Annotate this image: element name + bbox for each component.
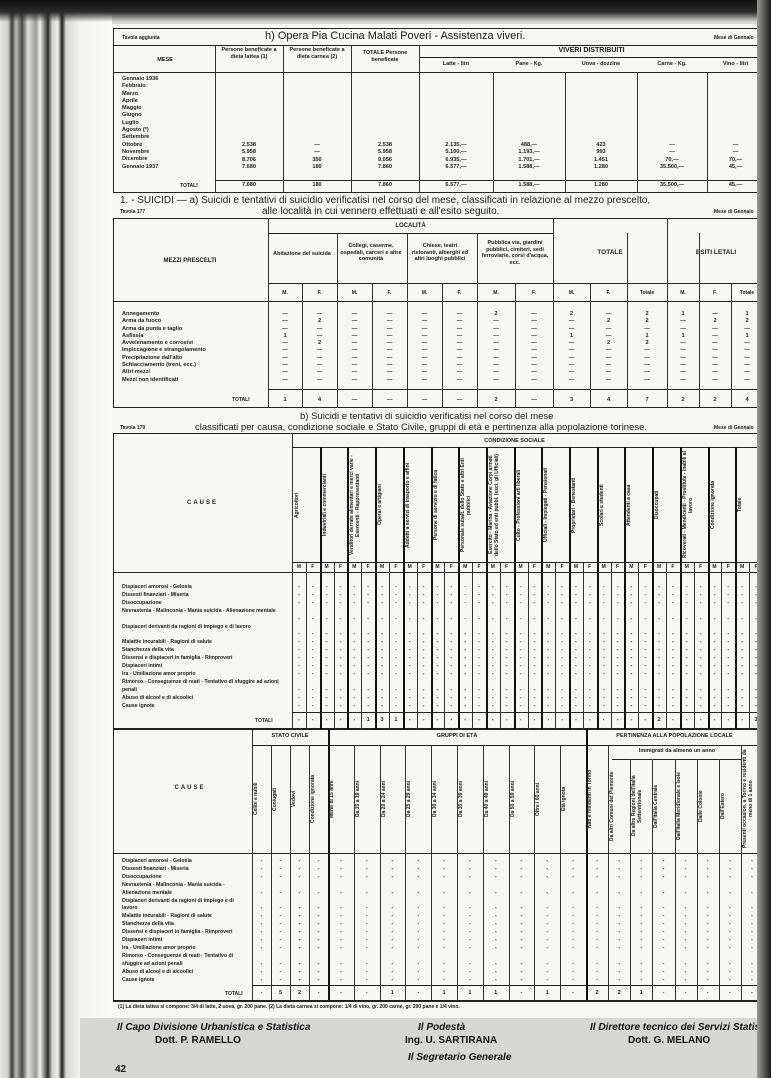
cell: - (403, 616, 417, 623)
total-cell: - (347, 717, 361, 724)
cell: - (320, 655, 334, 662)
cell: — (667, 369, 699, 376)
cell: - (624, 639, 638, 646)
cell: - (608, 937, 630, 944)
cell: - (458, 647, 472, 654)
cell: - (735, 592, 749, 599)
column-header: Da 40 a 49 anni (484, 748, 508, 850)
cell: - (534, 866, 560, 873)
cell: - (431, 703, 445, 710)
value-column: ———1—————— (268, 311, 302, 384)
cell: — (699, 347, 731, 354)
cell: — (515, 326, 553, 333)
cell: - (721, 600, 735, 607)
total-cell: 35.500,— (638, 182, 706, 189)
rule (292, 447, 763, 448)
cell: - (306, 703, 320, 710)
cell: - (534, 977, 560, 984)
cell: - (290, 890, 309, 897)
cell: - (560, 905, 586, 912)
cell: - (611, 647, 625, 654)
cell: - (405, 921, 431, 928)
cell: - (457, 866, 483, 873)
table-h-tavola: Tavola aggiunta (122, 35, 160, 41)
value-column: —2——2————— (590, 311, 627, 384)
cell: - (597, 695, 611, 702)
cell: - (380, 890, 406, 897)
value-column: 22—12————— (627, 311, 667, 384)
cell: - (652, 977, 674, 984)
cell: — (553, 355, 590, 362)
cell: - (483, 969, 509, 976)
cell: - (328, 945, 354, 952)
cell: — (302, 333, 337, 340)
cell: - (652, 913, 674, 920)
rule (113, 301, 763, 302)
cell: - (608, 905, 630, 912)
cell: - (486, 687, 500, 694)
cell: — (337, 347, 372, 354)
cell: - (528, 647, 542, 654)
cell: 1.451 (566, 157, 636, 164)
cell: — (372, 347, 407, 354)
cell: - (354, 913, 380, 920)
cell: - (334, 600, 348, 607)
month-row: Gennaio 1937 (122, 164, 214, 171)
cell: - (719, 905, 741, 912)
rule (707, 72, 708, 193)
cell: - (444, 663, 458, 670)
cell: - (611, 663, 625, 670)
cell: - (675, 961, 697, 968)
cell: - (534, 945, 560, 952)
cause-list-179b: Dispiaceri amorosi - Gelosia Dissesti fi… (122, 858, 250, 984)
cell: - (375, 647, 389, 654)
header-stato-civile: STATO CIVILE (252, 733, 328, 740)
month-row: Settembre (122, 134, 214, 141)
cell: - (675, 858, 697, 865)
cell: - (611, 687, 625, 694)
total-cell: - (721, 717, 735, 724)
signature-left-name: Dott. P. RAMELLO (155, 1035, 241, 1046)
cell: - (458, 592, 472, 599)
cell: - (675, 977, 697, 984)
cell: - (347, 663, 361, 670)
cell: - (666, 616, 680, 623)
cell: — (515, 340, 553, 347)
cell: - (509, 945, 535, 952)
cell: - (306, 639, 320, 646)
cell: 2 (627, 311, 667, 318)
cell: - (431, 592, 445, 599)
cell: - (405, 905, 431, 912)
cell: - (708, 584, 722, 591)
cell: - (309, 937, 328, 944)
column-header: Coniugati (272, 748, 289, 850)
cell: - (252, 905, 271, 912)
cell: — (372, 355, 407, 362)
cell: - (486, 616, 500, 623)
total-cell: - (309, 990, 328, 997)
cell: - (555, 687, 569, 694)
cell: - (431, 600, 445, 607)
cell: — (699, 362, 731, 369)
cell: - (597, 647, 611, 654)
cell: — (638, 142, 706, 149)
rule (637, 72, 638, 193)
page-number: 42 (115, 1064, 126, 1075)
cell: - (290, 945, 309, 952)
cell: - (652, 592, 666, 599)
cell: - (611, 671, 625, 678)
cell: - (361, 695, 375, 702)
cause-row: Dispiaceri derivanti da ragioni di impie… (122, 898, 250, 914)
cell: — (372, 369, 407, 376)
total-cell: 7.860 (352, 182, 418, 189)
cell: - (694, 695, 708, 702)
cell: - (666, 703, 680, 710)
cause-row: Dissesti finanziari - Miseria (122, 592, 290, 600)
cell: - (292, 631, 306, 638)
total-cell: 1 (389, 717, 403, 724)
cell: - (486, 695, 500, 702)
cell: - (708, 647, 722, 654)
cell: - (431, 671, 445, 678)
cell: - (514, 695, 528, 702)
sex-header: F. (699, 290, 731, 296)
cell: - (666, 592, 680, 599)
cell: - (534, 921, 560, 928)
cell: 5.958 (352, 149, 418, 156)
cell: — (667, 340, 699, 347)
cell: - (541, 687, 555, 694)
sex-header: F. (590, 290, 627, 296)
cell: 1.280 (566, 164, 636, 171)
cell: - (528, 703, 542, 710)
cell: — (442, 369, 477, 376)
month-row: Agosto (*) (122, 127, 214, 134)
sex-header: M (652, 564, 666, 570)
cell: - (361, 687, 375, 694)
cell: - (652, 921, 674, 928)
column-header: Da 15 a 19 anni (355, 748, 379, 850)
cell: - (675, 945, 697, 952)
cell: - (405, 890, 431, 897)
cell: - (528, 695, 542, 702)
cell: - (431, 584, 445, 591)
cell: - (500, 639, 514, 646)
cell: - (292, 592, 306, 599)
cell: - (675, 890, 697, 897)
cell: - (444, 639, 458, 646)
month-row: Maggio (122, 105, 214, 112)
cell: - (457, 858, 483, 865)
cell: — (407, 369, 442, 376)
cause-row: Disoccupazione (122, 874, 250, 882)
cell: - (569, 663, 583, 670)
cell: 1 (268, 333, 302, 340)
cell: - (354, 937, 380, 944)
cell: 1.588,— (494, 164, 564, 171)
cell: - (652, 905, 674, 912)
total-cell: - (708, 717, 722, 724)
cell: - (569, 703, 583, 710)
rule (113, 45, 763, 46)
cell: - (514, 671, 528, 678)
footnote: (1) La dieta lattea si compone: 3/4 di l… (118, 1004, 460, 1010)
cell: - (583, 592, 597, 599)
cell: - (483, 929, 509, 936)
cell: - (472, 695, 486, 702)
cell: - (624, 631, 638, 638)
cell: - (347, 600, 361, 607)
cell: - (586, 937, 608, 944)
cell: - (560, 937, 586, 944)
cell: 423 (566, 142, 636, 149)
cell: - (328, 866, 354, 873)
cell: - (486, 703, 500, 710)
cell: - (431, 905, 457, 912)
cell: — (627, 347, 667, 354)
cell: - (417, 631, 431, 638)
cause-row: Cause ignote (122, 703, 290, 711)
cell: - (569, 655, 583, 662)
cell: — (337, 377, 372, 384)
cell: - (555, 703, 569, 710)
total-cell: - (697, 990, 719, 997)
cell: - (735, 703, 749, 710)
rule (113, 853, 763, 854)
sex-header: M (375, 564, 389, 570)
cell: - (361, 671, 375, 678)
cell: - (528, 592, 542, 599)
cell: - (347, 639, 361, 646)
total-cell: 4 (590, 397, 627, 404)
cell: - (361, 647, 375, 654)
cell: - (719, 945, 741, 952)
cell: - (500, 647, 514, 654)
cell: - (680, 600, 694, 607)
cell: - (569, 616, 583, 623)
cell: - (534, 890, 560, 897)
total-cell: 3 (553, 397, 590, 404)
cell: - (735, 639, 749, 646)
cell: - (652, 647, 666, 654)
condizione-header: Venditori derrate alimentari e merci var… (349, 450, 373, 560)
cell: - (252, 945, 271, 952)
cell: - (583, 584, 597, 591)
header-dieta-carnea: Persone beneficate a dieta carnea (2) (284, 47, 350, 60)
column-header: Età ignota (561, 748, 585, 850)
sex-header: F (638, 564, 652, 570)
cell: - (403, 663, 417, 670)
cell: - (271, 945, 290, 952)
cell: - (509, 921, 535, 928)
table-h-mese-label: Mese di Gennaio (714, 35, 754, 41)
cell: - (630, 874, 652, 881)
rule (113, 1000, 763, 1002)
cell: - (252, 913, 271, 920)
cell: - (624, 687, 638, 694)
cause-row: Dissensi e dispiaceri in famiglia - Rimp… (122, 929, 250, 937)
total-cell: 4 (302, 397, 337, 404)
cell: 2 (553, 311, 590, 318)
header-collegi: Collegi, caserme, ospedali, carceri e al… (340, 243, 402, 263)
cell: - (666, 655, 680, 662)
totali-label: TOTALI (225, 991, 243, 997)
cell: - (697, 890, 719, 897)
condizione-header: Esercito - Marina - Aviazione Corpi arma… (488, 450, 512, 560)
cell: — (337, 318, 372, 325)
cell: - (721, 616, 735, 623)
cell: — (407, 318, 442, 325)
header-condizione-sociale: CONDIZIONE SOCIALE (292, 438, 737, 445)
cell: — (337, 326, 372, 333)
cell: - (555, 600, 569, 607)
cell: — (268, 362, 302, 369)
cell: - (597, 671, 611, 678)
cell: - (611, 616, 625, 623)
cell: - (483, 921, 509, 928)
cell: - (583, 600, 597, 607)
cell: 70,— (638, 157, 706, 164)
total-cell: - (597, 717, 611, 724)
cell: - (328, 969, 354, 976)
cause-row: Dispiaceri derivanti da ragioni di impie… (122, 624, 290, 640)
cell: - (380, 905, 406, 912)
cell: — (667, 362, 699, 369)
cell: - (290, 913, 309, 920)
cell: - (431, 937, 457, 944)
cell: - (290, 929, 309, 936)
cell: — (515, 311, 553, 318)
mezzo-row: Mezzi non identificati (122, 377, 267, 384)
header-pane: Pane - Kg. (494, 61, 564, 68)
cell: - (431, 695, 445, 702)
header-localita: LOCALITÀ (268, 223, 553, 230)
total-cell: 1 (630, 990, 652, 997)
cell: - (320, 639, 334, 646)
cell: - (271, 921, 290, 928)
cell: - (528, 616, 542, 623)
cell: - (290, 937, 309, 944)
cell: - (375, 663, 389, 670)
total-cell: - (334, 717, 348, 724)
cell: - (735, 687, 749, 694)
cell: — (477, 333, 515, 340)
cell: — (442, 340, 477, 347)
cell: - (458, 655, 472, 662)
cell: — (699, 355, 731, 362)
cell: - (361, 592, 375, 599)
cell: 1 (667, 333, 699, 340)
cell: - (389, 647, 403, 654)
rule (252, 745, 763, 746)
cell: - (586, 913, 608, 920)
cell: - (528, 639, 542, 646)
sex-header: F (694, 564, 708, 570)
cell: - (271, 929, 290, 936)
table-h-title: h) Opera Pia Cucina Malati Poveri - Assi… (265, 30, 525, 43)
cell: - (347, 655, 361, 662)
cell: - (666, 631, 680, 638)
total-cell: - (680, 717, 694, 724)
cell: - (380, 937, 406, 944)
cell: - (652, 937, 674, 944)
cell: - (290, 905, 309, 912)
sex-header: M (486, 564, 500, 570)
cell: - (675, 874, 697, 881)
cell: - (652, 655, 666, 662)
cell: - (500, 655, 514, 662)
condizione-header: Addetti a servizi di trasporto e affini (405, 450, 429, 560)
sex-header: F (721, 564, 735, 570)
mezzi-list: Annegamento Arma da fuoco Arma da punta … (122, 311, 267, 384)
cell: — (590, 333, 627, 340)
cell: - (586, 969, 608, 976)
cause-row: Dispiaceri intimi (122, 937, 250, 945)
cell: - (638, 616, 652, 623)
cell: - (290, 969, 309, 976)
total-cell: 2 (608, 990, 630, 997)
cell: - (354, 890, 380, 897)
cell: — (407, 377, 442, 384)
cell: - (472, 600, 486, 607)
col-lattea: 2.538 5.958 8.706 7.680 (216, 142, 282, 171)
cell: - (560, 969, 586, 976)
cell: - (347, 671, 361, 678)
header-cause: CAUSE (115, 500, 290, 507)
cell: — (553, 318, 590, 325)
cell: - (735, 663, 749, 670)
total-cell: - (569, 717, 583, 724)
cell: - (638, 584, 652, 591)
cell: - (652, 703, 666, 710)
cell: — (407, 326, 442, 333)
cell: - (528, 631, 542, 638)
cell: - (586, 858, 608, 865)
cell: - (347, 631, 361, 638)
cell: - (354, 977, 380, 984)
sex-header: M (292, 564, 306, 570)
cell: - (541, 663, 555, 670)
cause-row: Dissesti finanziari - Miseria (122, 866, 250, 874)
cell: - (292, 647, 306, 654)
cell: - (666, 647, 680, 654)
cell: - (458, 671, 472, 678)
cell: — (515, 318, 553, 325)
cell: 2 (302, 318, 337, 325)
cell: - (405, 945, 431, 952)
cell: — (302, 326, 337, 333)
cell: - (389, 703, 403, 710)
cell: - (457, 937, 483, 944)
cell: - (290, 977, 309, 984)
cell: — (627, 377, 667, 384)
cell: - (444, 655, 458, 662)
cell: - (500, 671, 514, 678)
sex-header: M. (337, 290, 372, 296)
header-carne: Carne - Kg. (638, 61, 706, 68)
cell: - (541, 671, 555, 678)
cell: - (509, 937, 535, 944)
cell: - (252, 937, 271, 944)
cell: 9.056 (352, 157, 418, 164)
cell: - (486, 647, 500, 654)
total-cell: 1 (361, 717, 375, 724)
cell: - (534, 969, 560, 976)
cell: — (407, 333, 442, 340)
